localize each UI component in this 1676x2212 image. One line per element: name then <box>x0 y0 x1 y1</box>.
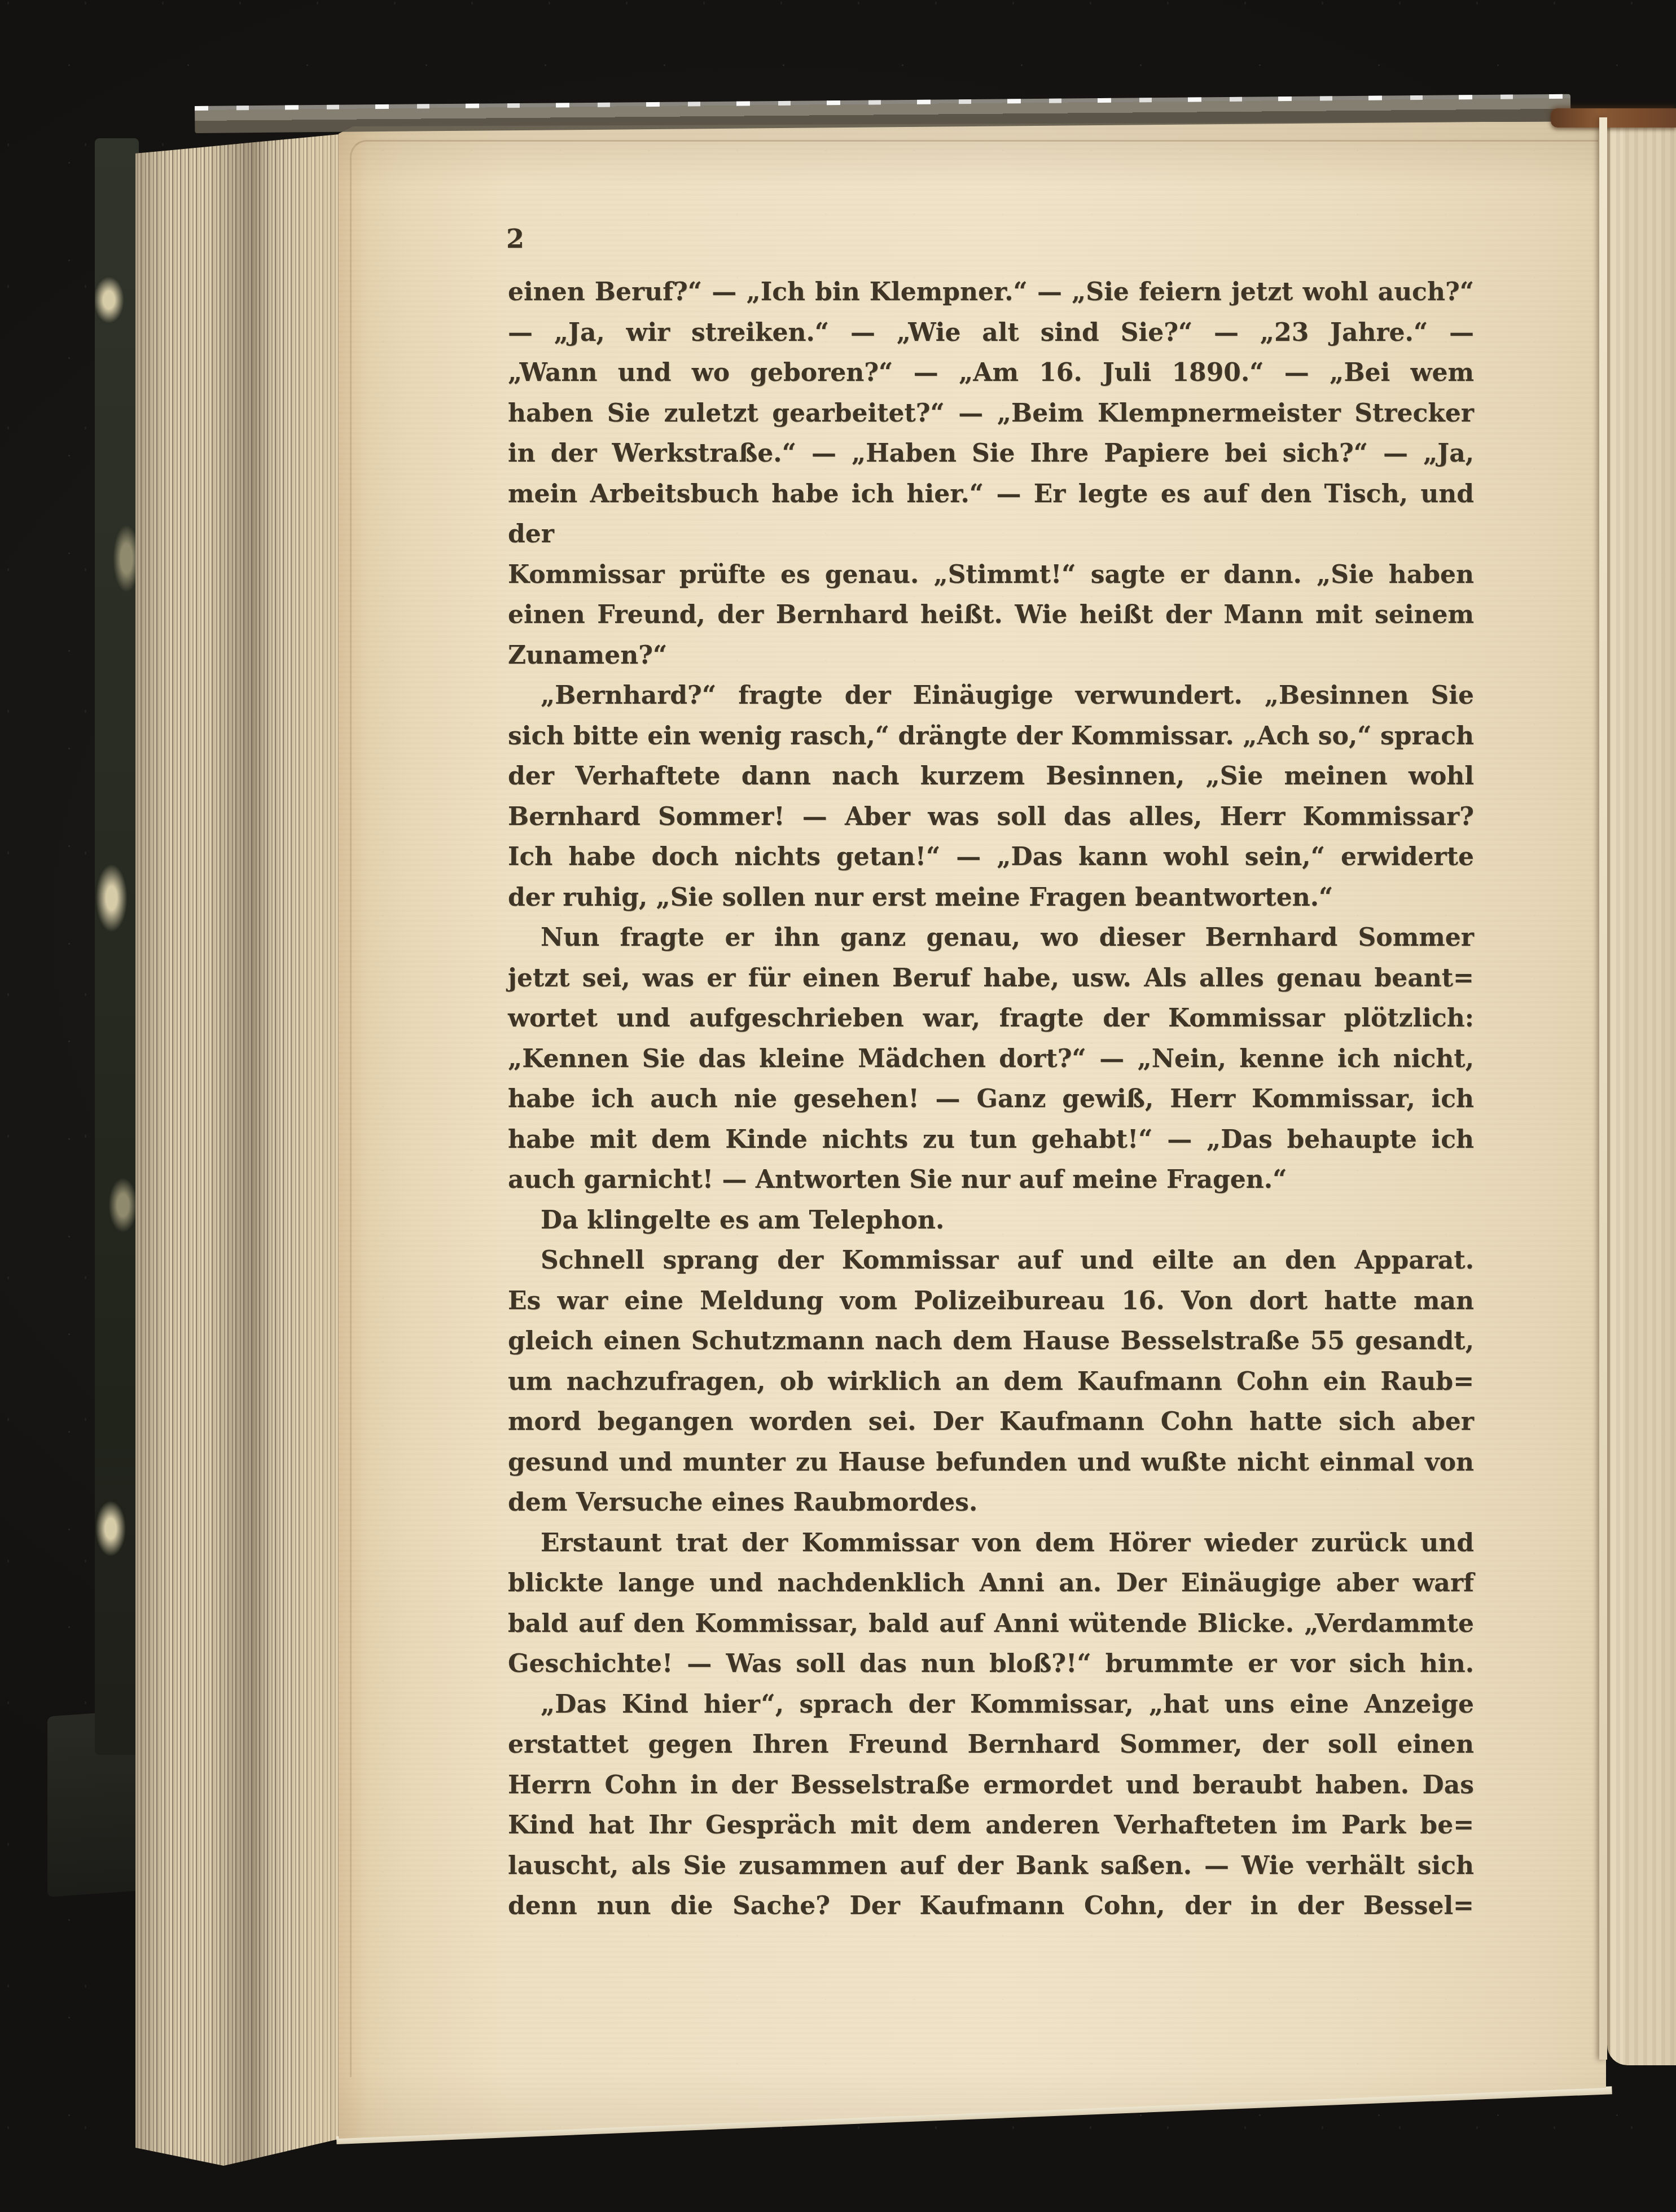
text-line: mord begangen worden sei. Der Kaufmann C… <box>508 1402 1474 1442</box>
text-line: habe mit dem Kinde nichts zu tun gehabt!… <box>508 1120 1474 1160</box>
text-line: Es war eine Meldung vom Polizeibureau 16… <box>508 1281 1474 1322</box>
text-line: Ich habe doch nichts getan!“ — „Das kann… <box>508 837 1474 877</box>
text-line: blickte lange und nachdenklich Anni an. … <box>508 1563 1474 1604</box>
text-line: haben Sie zuletzt gearbeitet?“ — „Beim K… <box>508 393 1474 434</box>
text-line: um nachzufragen, ob wirklich an dem Kauf… <box>508 1362 1474 1402</box>
spine-headband <box>1551 108 1676 128</box>
text-line: „Bernhard?“ fragte der Einäugige verwund… <box>508 675 1474 716</box>
text-line: Zunamen?“ <box>508 635 1474 676</box>
text-line: sich bitte ein wenig rasch,“ drängte der… <box>508 716 1474 757</box>
text-line: bald auf den Kommissar, bald auf Anni wü… <box>508 1604 1474 1644</box>
book-photo: 2 einen Beruf?“ — „Ich bin Klempner.“ — … <box>0 0 1676 2212</box>
text-line: einen Beruf?“ — „Ich bin Klempner.“ — „S… <box>508 272 1474 313</box>
text-line: wortet und aufgeschrieben war, fragte de… <box>508 998 1474 1039</box>
text-line: Da klingelte es am Telephon. <box>508 1200 1474 1241</box>
text-line: „Wann und wo geboren?“ — „Am 16. Juli 18… <box>508 353 1474 393</box>
book-cover-marble-edge <box>95 138 139 1755</box>
text-line: Bernhard Sommer! — Aber was soll das all… <box>508 797 1474 837</box>
page-number: 2 <box>506 223 524 254</box>
gutter-crease <box>1599 117 1607 2060</box>
text-line: gesund und munter zu Hause befunden und … <box>508 1442 1474 1483</box>
text-line: „Kennen Sie das kleine Mädchen dort?“ — … <box>508 1039 1474 1079</box>
text-line: erstattet gegen Ihren Freund Bernhard So… <box>508 1724 1474 1765</box>
text-line: Schnell sprang der Kommissar auf und eil… <box>508 1240 1474 1281</box>
text-line: habe ich auch nie gesehen! — Ganz gewiß,… <box>508 1079 1474 1120</box>
next-page <box>1607 115 1676 2065</box>
text-line: einen Freund, der Bernhard heißt. Wie he… <box>508 595 1474 635</box>
text-line: lauscht, als Sie zusammen auf der Bank s… <box>508 1846 1474 1886</box>
text-line: „Das Kind hier“, sprach der Kommissar, „… <box>508 1684 1474 1725</box>
text-line: Kind hat Ihr Gespräch mit dem anderen Ve… <box>508 1805 1474 1846</box>
text-line: der ruhig, „Sie sollen nur erst meine Fr… <box>508 877 1474 918</box>
page-edge-stack <box>135 130 345 2178</box>
text-line: Erstaunt trat der Kommissar von dem Höre… <box>508 1523 1474 1564</box>
text-line: Herrn Cohn in der Besselstraße ermordet … <box>508 1765 1474 1806</box>
text-line: — „Ja, wir streiken.“ — „Wie alt sind Si… <box>508 313 1474 353</box>
page-text: einen Beruf?“ — „Ich bin Klempner.“ — „S… <box>508 272 1474 1926</box>
text-line: Kommissar prüfte es genau. „Stimmt!“ sag… <box>508 555 1474 595</box>
text-line: Geschichte! — Was soll das nun bloß?!“ b… <box>508 1644 1474 1684</box>
text-line: in der Werkstraße.“ — „Haben Sie Ihre Pa… <box>508 433 1474 474</box>
text-line: dem Versuche eines Raubmordes. <box>508 1482 1474 1523</box>
text-line: gleich einen Schutzmann nach dem Hause B… <box>508 1321 1474 1362</box>
text-line: Nun fragte er ihn ganz genau, wo dieser … <box>508 918 1474 958</box>
text-line: denn nun die Sache? Der Kaufmann Cohn, d… <box>508 1886 1474 1926</box>
text-line: auch garnicht! — Antworten Sie nur auf m… <box>508 1160 1474 1200</box>
text-line: der Verhaftete dann nach kurzem Besinnen… <box>508 756 1474 797</box>
text-line: jetzt sei, was er für einen Beruf habe, … <box>508 958 1474 999</box>
text-line: mein Arbeitsbuch habe ich hier.“ — Er le… <box>508 474 1474 555</box>
